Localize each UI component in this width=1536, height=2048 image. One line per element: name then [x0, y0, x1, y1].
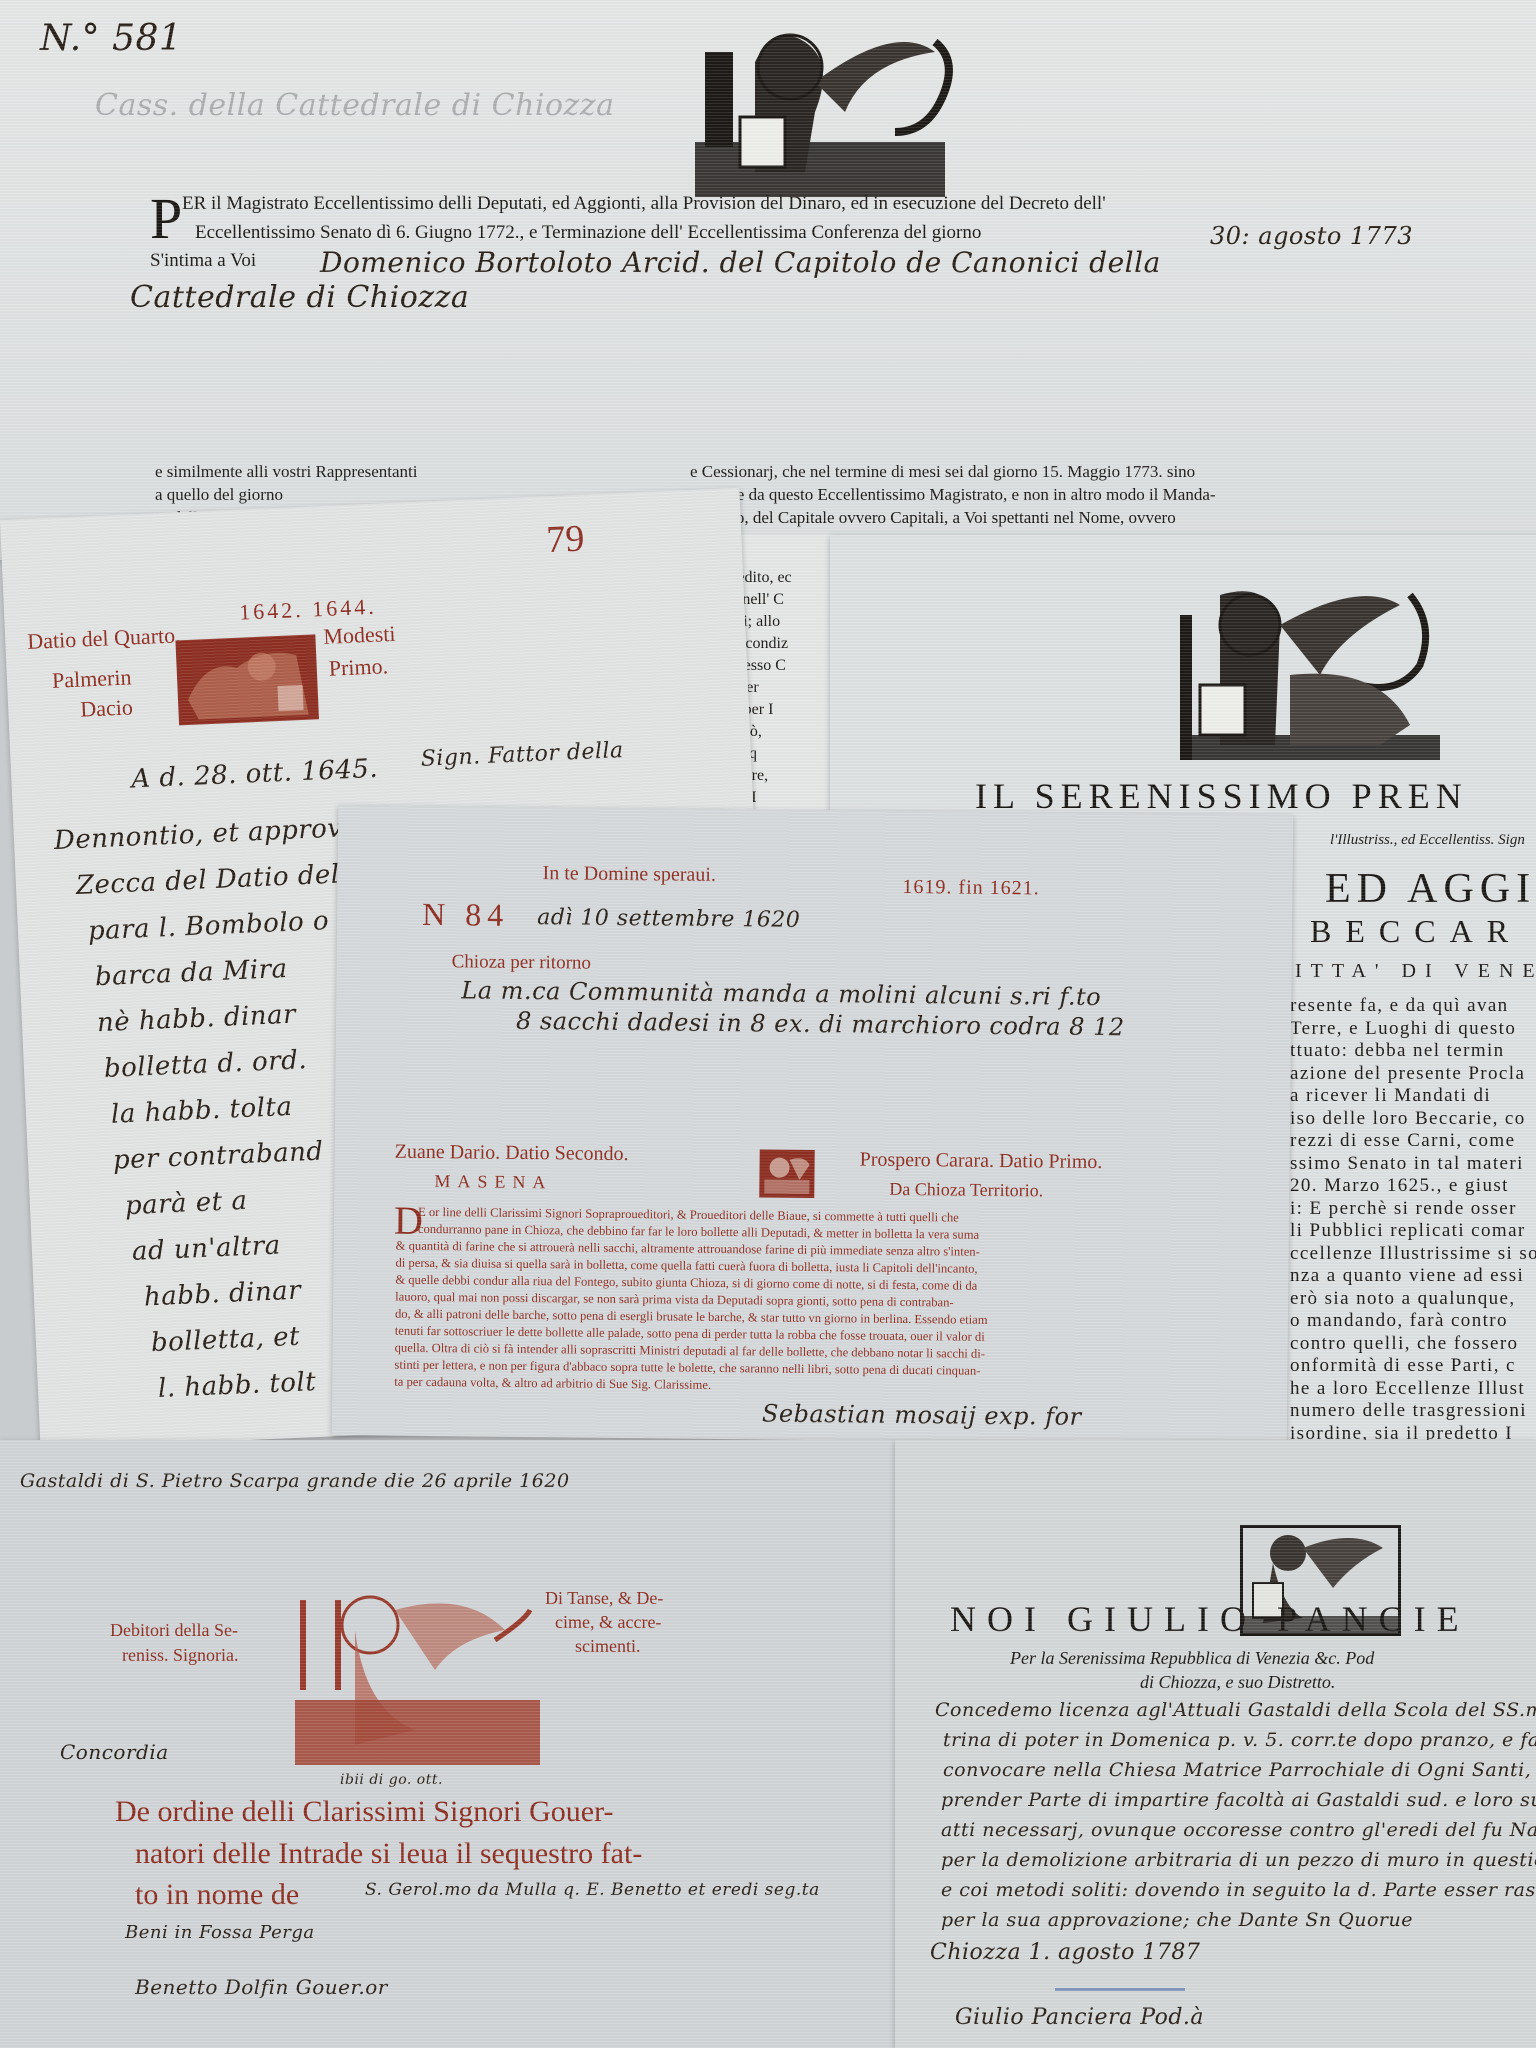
- handwritten-signature: Giulio Panciera Pod.à: [955, 2005, 1204, 2030]
- handwritten-line-1: La m.ca Communità manda a molini alcuni …: [461, 976, 1101, 1011]
- blue-underline: [1055, 1988, 1185, 1991]
- left-header-official: Zuane Dario. Datio Secondo.: [395, 1141, 629, 1166]
- left-caption-1: Debitori della Se-: [110, 1620, 238, 1641]
- right-header-official: Prospero Carara. Datio Primo.: [860, 1148, 1103, 1174]
- winged-lion-woodcut-icon: [1180, 585, 1440, 760]
- handwritten-date: adì 10 settembre 1620: [537, 905, 800, 933]
- motto: In te Domine speraui.: [542, 862, 716, 887]
- red-winged-lion-woodcut-icon: [295, 1580, 540, 1765]
- left-official-name: Palmerin: [52, 664, 132, 693]
- decree-line-2: Eccellentissimo Senato dì 6. Giugno 1772…: [195, 222, 981, 244]
- receipt-title: Datio del Quarto.: [27, 622, 181, 655]
- red-winged-lion-stamp-icon: [759, 1149, 814, 1198]
- right-official-name: Modesti: [323, 621, 396, 650]
- bolletta-years: 1619. fin 1621.: [902, 876, 1039, 900]
- document-sheet-1773-decree: N.° 581 Cass. della Cattedrale di Chiozz…: [0, 0, 1536, 560]
- drop-cap-p: P: [150, 190, 182, 248]
- document-sheet-debitori: Gastaldi di S. Pietro Scarpa grande die …: [0, 1440, 895, 2048]
- handwritten-recipient: Domenico Bortoloto Arcid. del Capitolo d…: [320, 246, 1161, 279]
- decree-line-1: ER il Magistrato Eccellentissimo delli D…: [182, 193, 1106, 215]
- handwritten-body: Concedemo licenza agl'Attuali Gastaldi d…: [935, 1695, 1536, 1935]
- decree-subtitle-1: Per la Serenissima Repubblica di Venezia…: [1010, 1648, 1374, 1669]
- right-header-territory: Da Chioza Territorio.: [889, 1179, 1043, 1202]
- page-number: 79: [545, 517, 585, 563]
- right-caption-3: scimenti.: [575, 1636, 641, 1657]
- order-line-2: natori delle Intrade si leua il sequestr…: [135, 1837, 642, 1871]
- document-sheet-masena-bolletta: In te Domine speraui. 1619. fin 1621. N …: [332, 805, 1294, 1445]
- document-sheet-giulio-panciera: NOI GIULIO PANCIE Per la Serenissima Rep…: [895, 1440, 1536, 2048]
- handwritten-line-2: 8 sacchi dadesi in 8 ex. di marchioro co…: [516, 1007, 1125, 1041]
- lower-line-1b: e Cessionarj, che nel termine di mesi se…: [690, 462, 1195, 482]
- lower-line-3b: mezzo, del Capitale ovvero Capitali, a V…: [700, 508, 1176, 528]
- decree-line-3: S'intima a Voi: [150, 250, 256, 272]
- proclamation-title: IL SERENISSIMO PREN: [975, 775, 1468, 817]
- decree-title: NOI GIULIO PANCIE: [950, 1598, 1470, 1640]
- proclamation-heading-1: ED AGGIO: [1325, 865, 1536, 913]
- handwritten-signature: Benetto Dolfin Gouer.or: [135, 1975, 388, 1999]
- right-caption-1: Di Tanse, & De-: [545, 1588, 663, 1609]
- handwritten-date: 30: agosto 1773: [1210, 222, 1413, 250]
- handwritten-top-note: Gastaldi di S. Pietro Scarpa grande die …: [20, 1470, 570, 1492]
- proclamation-heading-3: ITTA' DI VENE: [1295, 960, 1536, 983]
- handwritten-note-top-right: Sign. Fattor della: [420, 738, 624, 772]
- left-header-masena: MASENA: [434, 1171, 552, 1193]
- winged-lion-woodcut-icon: [695, 22, 960, 197]
- bolletta-number: N 84: [422, 896, 509, 934]
- left-official-role: Dacio: [80, 694, 134, 722]
- proclamation-subtitle: l'Illustriss., ed Eccellentiss. Sign: [1330, 832, 1525, 849]
- lower-line-2a: a quello del giorno: [155, 485, 283, 505]
- receipt-years: 1642. 1644.: [239, 594, 378, 626]
- handwritten-small-note: ibii di go. ott.: [340, 1772, 443, 1788]
- proclamation-heading-2: BECCAR: [1310, 913, 1522, 950]
- proclamation-body: resente fa, e da quì avanTerre, e Luoghi…: [1290, 995, 1536, 1468]
- left-caption-2: reniss. Signoria.: [122, 1645, 239, 1666]
- order-line-3: to in nome de: [135, 1878, 299, 1912]
- right-caption-2: cime, & accre-: [555, 1612, 661, 1633]
- right-official-role: Primo.: [328, 653, 388, 682]
- handwritten-date: Chiozza 1. agosto 1787: [930, 1940, 1200, 1965]
- lower-line-2b: cevere da questo Eccellentissimo Magistr…: [700, 485, 1216, 505]
- document-number-note: N.° 581: [40, 18, 182, 59]
- decree-subtitle-2: di Chiozza, e suo Distretto.: [1140, 1672, 1335, 1693]
- lower-line-1a: e similmente alli vostri Rappresentanti: [155, 462, 418, 482]
- handwritten-concordia: Concordia: [60, 1740, 169, 1764]
- red-winged-lion-stamp-icon: [175, 634, 319, 725]
- handwritten-recipient-line-2: Cattedrale di Chiozza: [130, 280, 469, 315]
- handwritten-line-1: S. Gerol.mo da Mulla q. E. Benetto et er…: [365, 1880, 820, 1900]
- ordinance-body: E or line delli Clarissimi Signori Sopra…: [394, 1204, 988, 1397]
- route-label: Chioza per ritorno: [452, 951, 592, 974]
- handwritten-line-2: Beni in Fossa Perga: [125, 1922, 315, 1943]
- order-line-1: De ordine delli Clarissimi Signori Gouer…: [115, 1795, 614, 1829]
- handwritten-signature: Sebastian mosaij exp. for: [762, 1399, 1082, 1430]
- faint-bleed-through-note: Cass. della Cattedrale di Chiozza: [95, 88, 615, 123]
- handwritten-date: A d. 28. ott. 1645.: [131, 754, 379, 795]
